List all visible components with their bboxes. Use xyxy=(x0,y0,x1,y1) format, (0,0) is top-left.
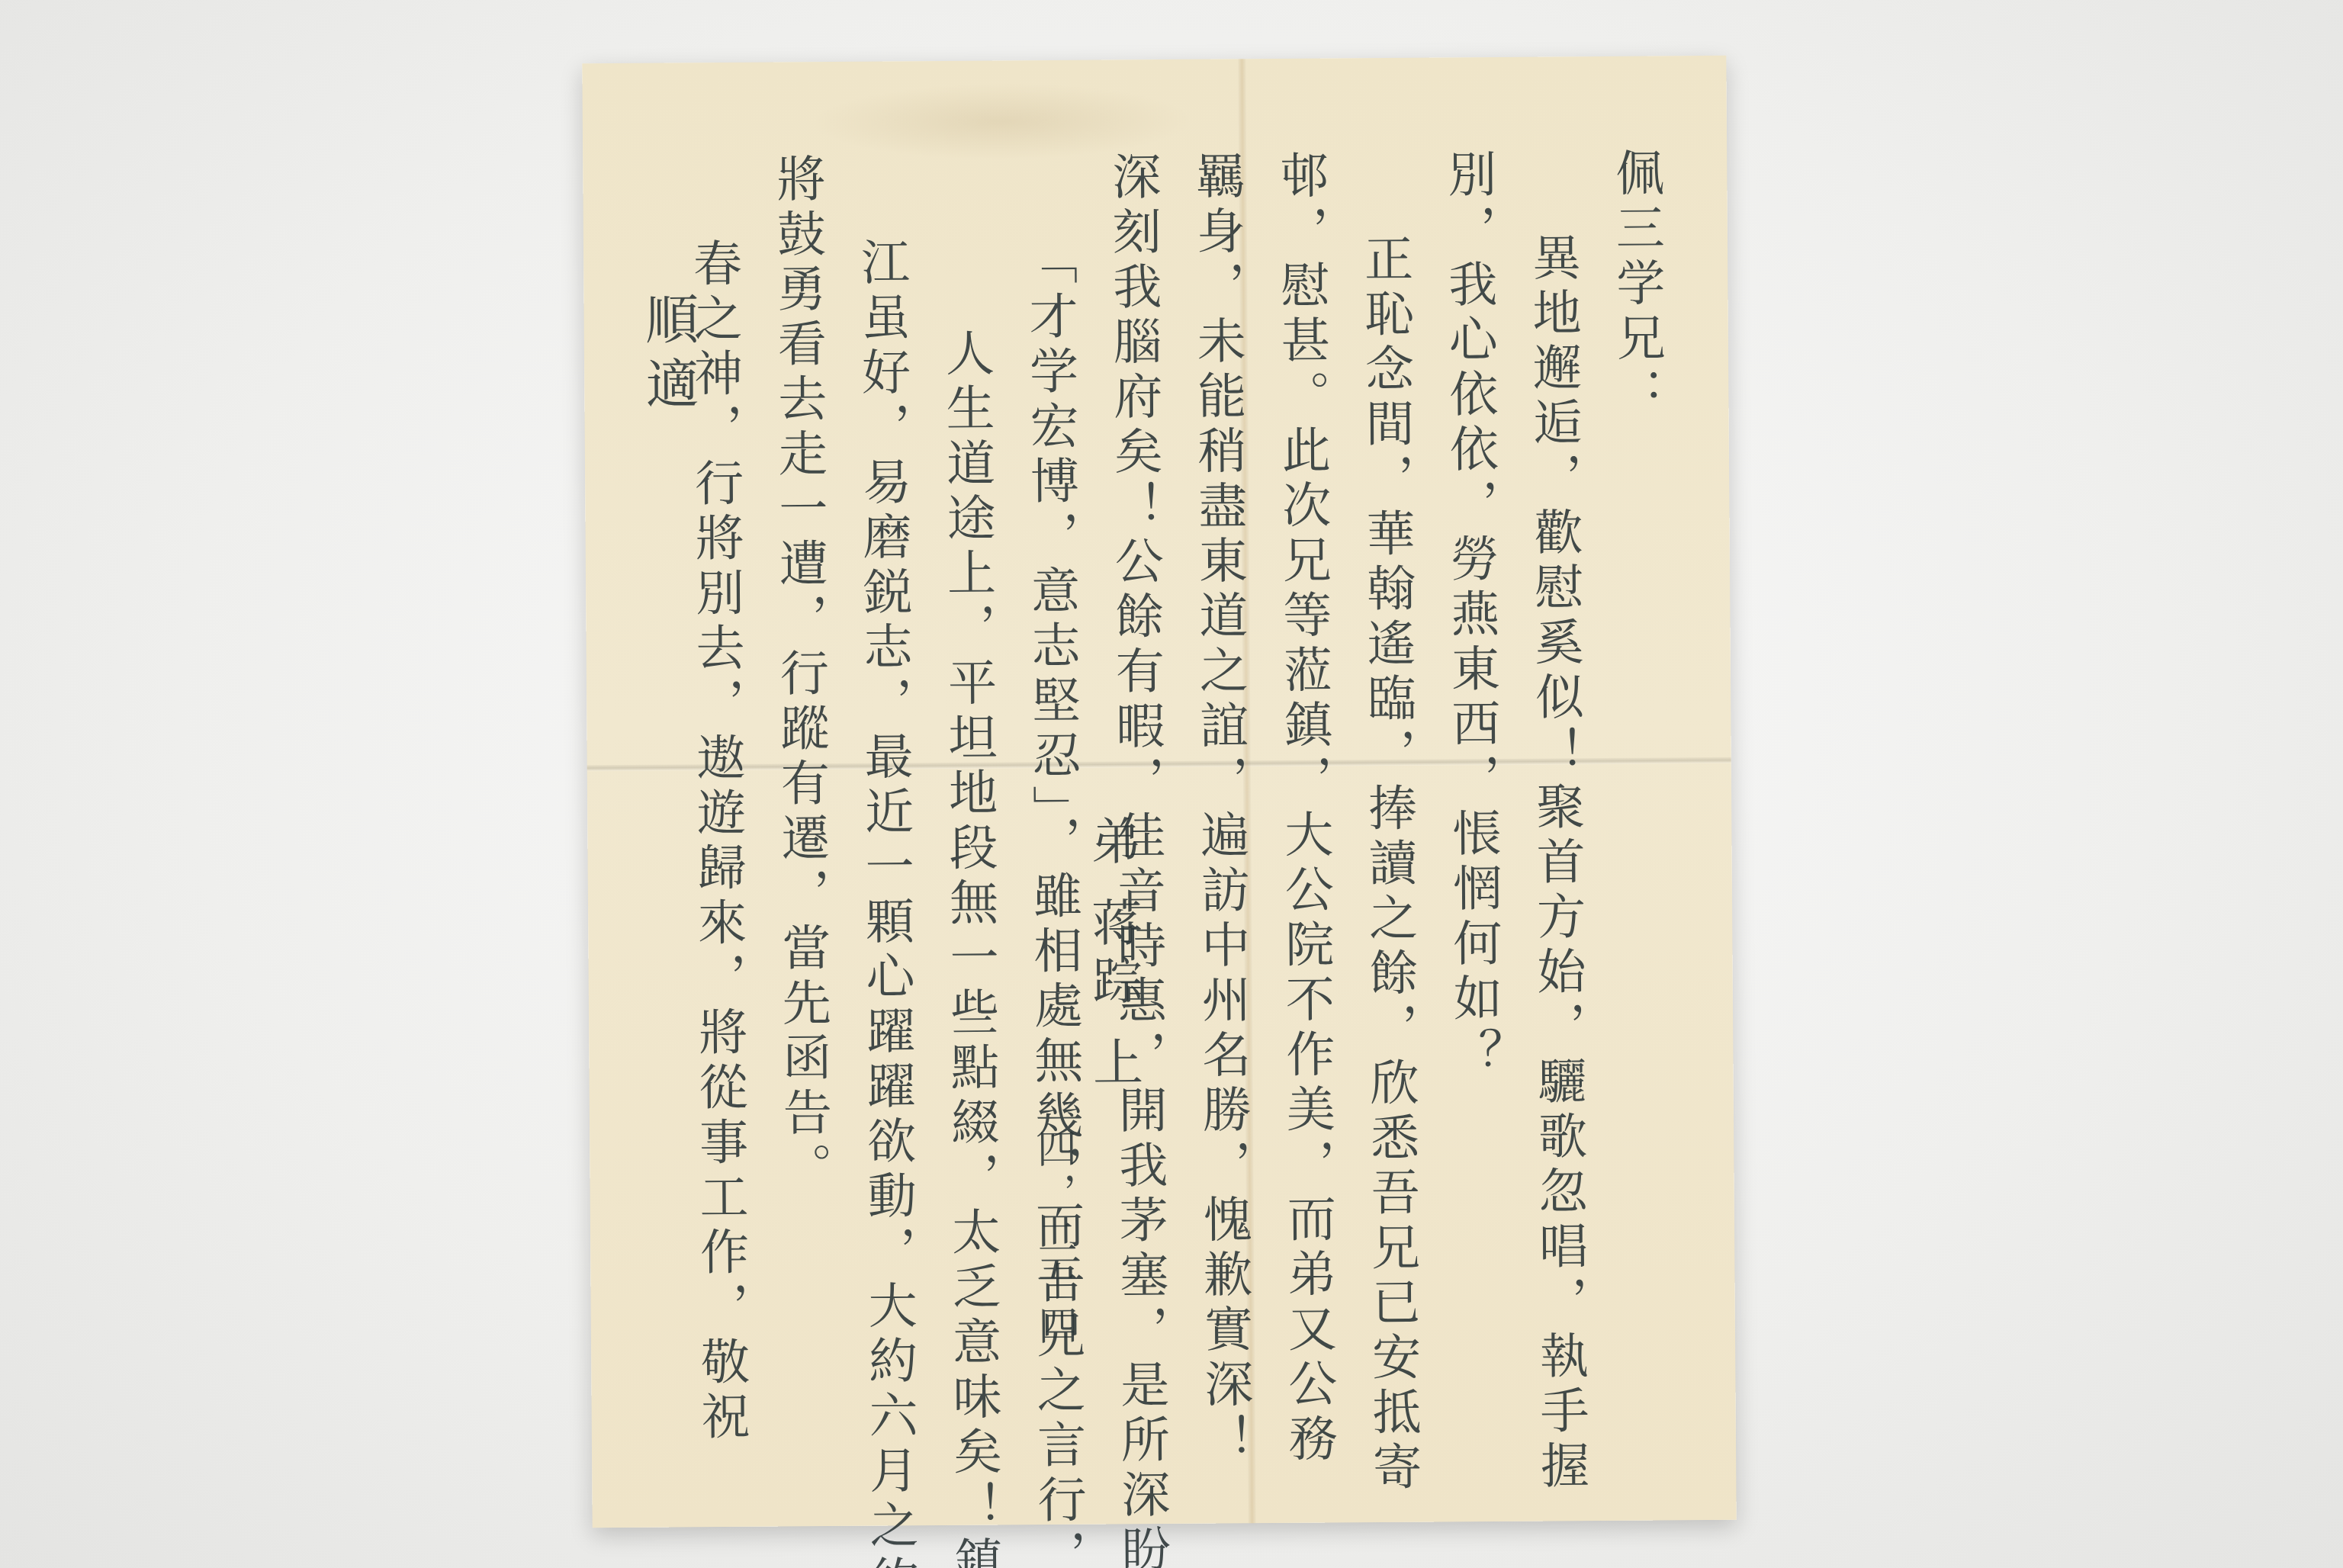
signature: 弟 蒋踪 上 xyxy=(1075,815,1150,1094)
letter-date: 四，二十四 xyxy=(1024,1128,1083,1350)
letter-column: 正恥念間，華翰遙臨，捧讀之餘，欣悉吾兄已安抵寄 xyxy=(1345,149,1431,1447)
letter-body: 佩三学兄： 異地邂逅，歡慰奚似！聚首方始，驪歌忽唱，執手握 別，我心依依，勞燕東… xyxy=(674,147,1683,1451)
letter-column: 人生道途上，平坦地段無一些點綴，太乏意味矣！鎮 xyxy=(926,152,1011,1449)
letter-column: 羈身，未能稍盡東道之誼，遍訪中州名勝，愧歉實深！ xyxy=(1178,150,1263,1448)
letter-paper: 佩三学兄： 異地邂逅，歡慰奚似！聚首方始，驪歌忽唱，執手握 別，我心依依，勞燕東… xyxy=(582,56,1736,1528)
paper-stain xyxy=(812,82,1194,161)
letter-column: 深刻我腦府矣！公餘有暇，佳音時惠，開我茅塞，是所深盼！ xyxy=(1094,151,1179,1448)
letter-column: 邨，慰甚。此次兄等蒞鎮，大公院不作美，而弟又公務 xyxy=(1261,149,1347,1447)
closing-salutation: 順適 xyxy=(629,291,707,420)
letter-column: 江虽好，易磨鋭志，最近一顆心躍躍欲動，大約六月之約後 xyxy=(842,153,927,1450)
letter-column: 別，我心依依，勞燕東西，悵惘何如？ xyxy=(1429,149,1515,1446)
letter-column: 將鼓勇看去走一遭，行蹤有遷，當先函告。 xyxy=(758,153,844,1451)
salutation: 佩三学兄： xyxy=(1597,147,1683,1444)
letter-column: 異地邂逅，歡慰奚似！聚首方始，驪歌忽唱，執手握 xyxy=(1513,148,1599,1445)
